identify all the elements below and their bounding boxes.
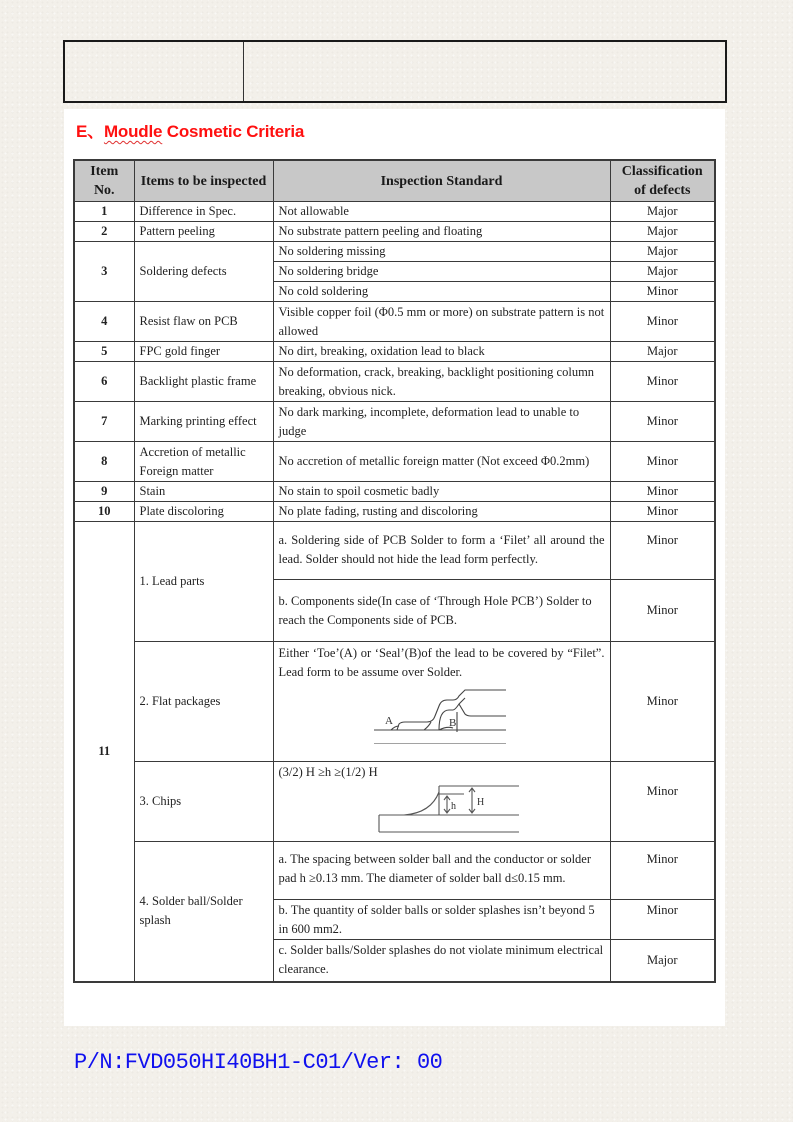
defect-class: Minor (610, 522, 715, 580)
table-row: 10 Plate discoloring No plate fading, ru… (74, 502, 715, 522)
table-row: 8 Accretion of metallic Foreign matter N… (74, 442, 715, 482)
table-row: 6 Backlight plastic frame No deformation… (74, 362, 715, 402)
defect-class: Major (610, 940, 715, 982)
inspection-standard-cell: Either ‘Toe’(A) or ‘Seal’(B)of the lead … (273, 642, 610, 762)
table-row: 9 Stain No stain to spoil cosmetic badly… (74, 482, 715, 502)
item-name: Plate discoloring (134, 502, 273, 522)
inspection-standard: No dirt, breaking, oxidation lead to bla… (273, 342, 610, 362)
inspection-standard: Visible copper foil (Φ0.5 mm or more) on… (273, 302, 610, 342)
defect-class: Minor (610, 842, 715, 900)
inspection-standard: c. Solder balls/Solder splashes do not v… (273, 940, 610, 982)
inspection-standard: (3/2) H ≥h ≥(1/2) H (279, 763, 605, 782)
item-name: Soldering defects (134, 242, 273, 302)
defect-class: Minor (610, 402, 715, 442)
inspection-standard: No cold soldering (273, 282, 610, 302)
item-no: 7 (74, 402, 134, 442)
table-row: 2. Flat packages Either ‘Toe’(A) or ‘Sea… (74, 642, 715, 762)
defect-class: Minor (610, 762, 715, 842)
item-name: 4. Solder ball/Solder splash (134, 842, 273, 982)
item-name: Pattern peeling (134, 222, 273, 242)
inspection-standard: b. Components side(In case of ‘Through H… (273, 580, 610, 642)
inspection-standard: Either ‘Toe’(A) or ‘Seal’(B)of the lead … (279, 644, 605, 682)
part-number-footer: P/N:FVD050HI40BH1-C01/Ver: 00 (74, 1050, 442, 1075)
inspection-standard: No accretion of metallic foreign matter … (273, 442, 610, 482)
item-name: 3. Chips (134, 762, 273, 842)
document-page: E、Moudle Cosmetic Criteria Item No. Item… (64, 109, 725, 1026)
table-row: 4. Solder ball/Solder splash a. The spac… (74, 842, 715, 900)
diagram-label-a: A (385, 715, 393, 727)
section-title-rest: Cosmetic Criteria (162, 122, 304, 141)
item-name: Marking printing effect (134, 402, 273, 442)
table-row: 2 Pattern peeling No substrate pattern p… (74, 222, 715, 242)
table-row: 4 Resist flaw on PCB Visible copper foil… (74, 302, 715, 342)
item-no: 3 (74, 242, 134, 302)
header-item-no: Item No. (74, 160, 134, 202)
section-prefix: E、 (76, 122, 104, 141)
spellcheck-flagged-word: Moudle (104, 122, 162, 141)
inspection-standard: No deformation, crack, breaking, backlig… (273, 362, 610, 402)
defect-class: Major (610, 202, 715, 222)
item-name: 2. Flat packages (134, 642, 273, 762)
flat-package-solder-diagram: A B (369, 686, 509, 744)
item-name: Difference in Spec. (134, 202, 273, 222)
inspection-standard-cell: (3/2) H ≥h ≥(1/2) H (273, 762, 610, 842)
inspection-standard: a. The spacing between solder ball and t… (273, 842, 610, 900)
defect-class: Major (610, 222, 715, 242)
chip-solder-height-diagram: h H (369, 782, 519, 838)
table-row: 1 Difference in Spec. Not allowable Majo… (74, 202, 715, 222)
header-items: Items to be inspected (134, 160, 273, 202)
diagram-label-H: H (477, 797, 484, 808)
defect-class: Minor (610, 442, 715, 482)
defect-class: Minor (610, 282, 715, 302)
table-row: 3 Soldering defects No soldering missing… (74, 242, 715, 262)
item-no: 5 (74, 342, 134, 362)
item-no: 4 (74, 302, 134, 342)
header-table-divider (243, 42, 244, 101)
table-header-row: Item No. Items to be inspected Inspectio… (74, 160, 715, 202)
header-blank-table (63, 40, 727, 103)
header-standard: Inspection Standard (273, 160, 610, 202)
item-name: FPC gold finger (134, 342, 273, 362)
item-no: 1 (74, 202, 134, 222)
table-row: 5 FPC gold finger No dirt, breaking, oxi… (74, 342, 715, 362)
table-row: 7 Marking printing effect No dark markin… (74, 402, 715, 442)
item-name: 1. Lead parts (134, 522, 273, 642)
inspection-standard: No soldering missing (273, 242, 610, 262)
defect-class: Minor (610, 482, 715, 502)
item-name: Backlight plastic frame (134, 362, 273, 402)
header-classification: Classification of defects (610, 160, 715, 202)
diagram-label-b: B (449, 717, 456, 729)
defect-class: Minor (610, 362, 715, 402)
table-row: 3. Chips (3/2) H ≥h ≥(1/2) H (74, 762, 715, 842)
item-no: 8 (74, 442, 134, 482)
inspection-standard: No plate fading, rusting and discoloring (273, 502, 610, 522)
item-name: Stain (134, 482, 273, 502)
defect-class: Major (610, 242, 715, 262)
defect-class: Minor (610, 302, 715, 342)
inspection-standard: b. The quantity of solder balls or solde… (273, 900, 610, 940)
defect-class: Minor (610, 502, 715, 522)
diagram-label-h: h (451, 801, 456, 812)
cosmetic-criteria-table: Item No. Items to be inspected Inspectio… (73, 159, 716, 983)
item-no: 10 (74, 502, 134, 522)
defect-class: Minor (610, 900, 715, 940)
item-name: Resist flaw on PCB (134, 302, 273, 342)
inspection-standard: a. Soldering side of PCB Solder to form … (273, 522, 610, 580)
table-row: 11 1. Lead parts a. Soldering side of PC… (74, 522, 715, 580)
item-name: Accretion of metallic Foreign matter (134, 442, 273, 482)
inspection-standard: No stain to spoil cosmetic badly (273, 482, 610, 502)
item-no: 6 (74, 362, 134, 402)
defect-class: Minor (610, 642, 715, 762)
inspection-standard: No soldering bridge (273, 262, 610, 282)
item-no: 9 (74, 482, 134, 502)
inspection-standard: No dark marking, incomplete, deformation… (273, 402, 610, 442)
inspection-standard: No substrate pattern peeling and floatin… (273, 222, 610, 242)
inspection-standard: Not allowable (273, 202, 610, 222)
defect-class: Major (610, 262, 715, 282)
item-no: 2 (74, 222, 134, 242)
defect-class: Minor (610, 580, 715, 642)
section-title: E、Moudle Cosmetic Criteria (76, 117, 304, 142)
defect-class: Major (610, 342, 715, 362)
item-no: 11 (74, 522, 134, 982)
